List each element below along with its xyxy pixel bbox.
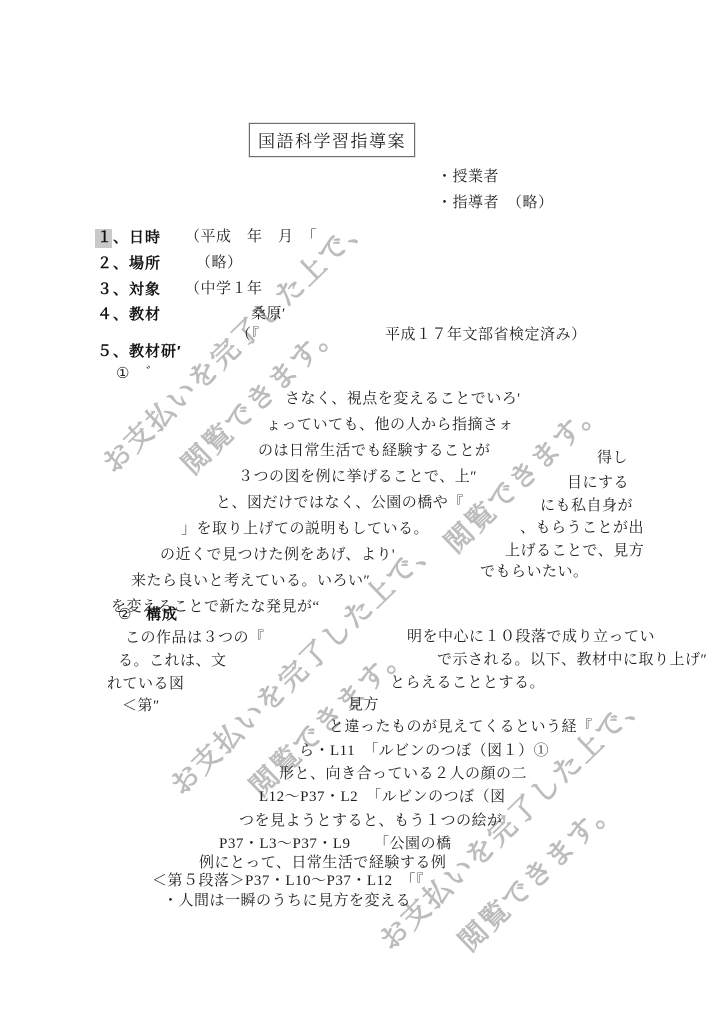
text-fragment: 上げることで、見方: [505, 542, 644, 561]
text-fragment: ５、教材研′: [97, 342, 182, 361]
text-fragment: のは日常生活でも経験することが: [258, 442, 491, 461]
text-fragment: P37・L3～P37・L9 「公園の橋: [219, 835, 452, 854]
text-fragment: 構成: [146, 605, 178, 624]
text-fragment: ３、対象: [97, 280, 161, 299]
document-title: 国語科学習指導案: [249, 123, 415, 157]
text-fragment: ょっていても、他の人から指摘さォ: [266, 416, 514, 435]
text-fragment: ＜第５段落＞P37・L10～P37・L12 「『: [152, 872, 424, 891]
text-fragment: で示される。以下、教材中に取り上げ″: [437, 651, 707, 670]
text-fragment: にも私自身が: [540, 497, 633, 516]
text-fragment: （平成 年 月 「: [185, 228, 317, 247]
text-fragment: 目にする: [567, 474, 629, 493]
text-fragment: と違ったものが見えてくるという経『: [329, 718, 593, 737]
text-fragment: ４、教材: [97, 305, 161, 324]
text-fragment: この作品は３つの『: [125, 629, 265, 648]
text-fragment: ＜第″: [122, 697, 160, 716]
text-fragment: 例にとって、日常生活で経験する例: [199, 854, 446, 873]
text-fragment: （『: [236, 326, 260, 345]
text-fragment: 、もらうことが出: [520, 519, 644, 538]
text-fragment: れている図: [107, 675, 185, 694]
text-fragment: ３つの図を例に挙げることで、上″: [238, 468, 477, 487]
text-fragment: 明を中心に１０段落で成り立ってい: [407, 628, 655, 647]
text-fragment: と、図だけではなく、公園の橋や『: [216, 494, 464, 513]
text-fragment: ・人間は一瞬のうちに見方を変える: [163, 892, 411, 911]
text-fragment: ① ゛: [116, 365, 161, 384]
text-fragment: 平成１７年文部省検定済み）: [385, 326, 587, 345]
text-fragment: つを見ようとすると、もう１つの絵が: [239, 812, 503, 831]
text-fragment: さなく、視点を変えることでいろ': [285, 390, 520, 409]
text-fragment: でもらいたい。: [480, 563, 589, 582]
text-fragment: ・授業者: [437, 168, 499, 187]
text-fragment: 形と、向き合っている２人の顔の二: [279, 765, 527, 784]
text-fragment: 」を取り上げての説明もしている。: [181, 520, 429, 539]
text-fragment: ２、場所: [97, 254, 161, 273]
text-fragment: る。これは、文: [118, 652, 227, 671]
text-fragment: の近くで見つけた例をあげ、より': [160, 546, 395, 565]
text-fragment: ②: [118, 606, 132, 625]
text-fragment: （中学１年: [185, 280, 263, 299]
text-fragment: ら・L11 「ルビンのつぼ（図１）①: [299, 742, 549, 761]
text-fragment: （略）: [196, 254, 243, 273]
text-fragment: 得し: [597, 449, 628, 468]
text-fragment: を変えることで新たな発見が“: [111, 598, 320, 617]
text-fragment: １、日時: [97, 228, 161, 247]
text-fragment: 見方: [348, 696, 379, 715]
text-fragment: ・指導者 （略）: [437, 194, 554, 213]
text-fragment: とらえることとする。: [390, 674, 545, 693]
document-page: 国語科学習指導案 お支払いを完了した上で、閲覧できます。閲覧できます。お支払いを…: [0, 0, 724, 1024]
text-fragment: L12～P37・L2 「ルビンのつぼ（図: [259, 788, 506, 807]
text-fragment: 桑原′: [251, 305, 286, 324]
text-fragment: 来たら良いと考えている。いろい″: [131, 572, 370, 591]
